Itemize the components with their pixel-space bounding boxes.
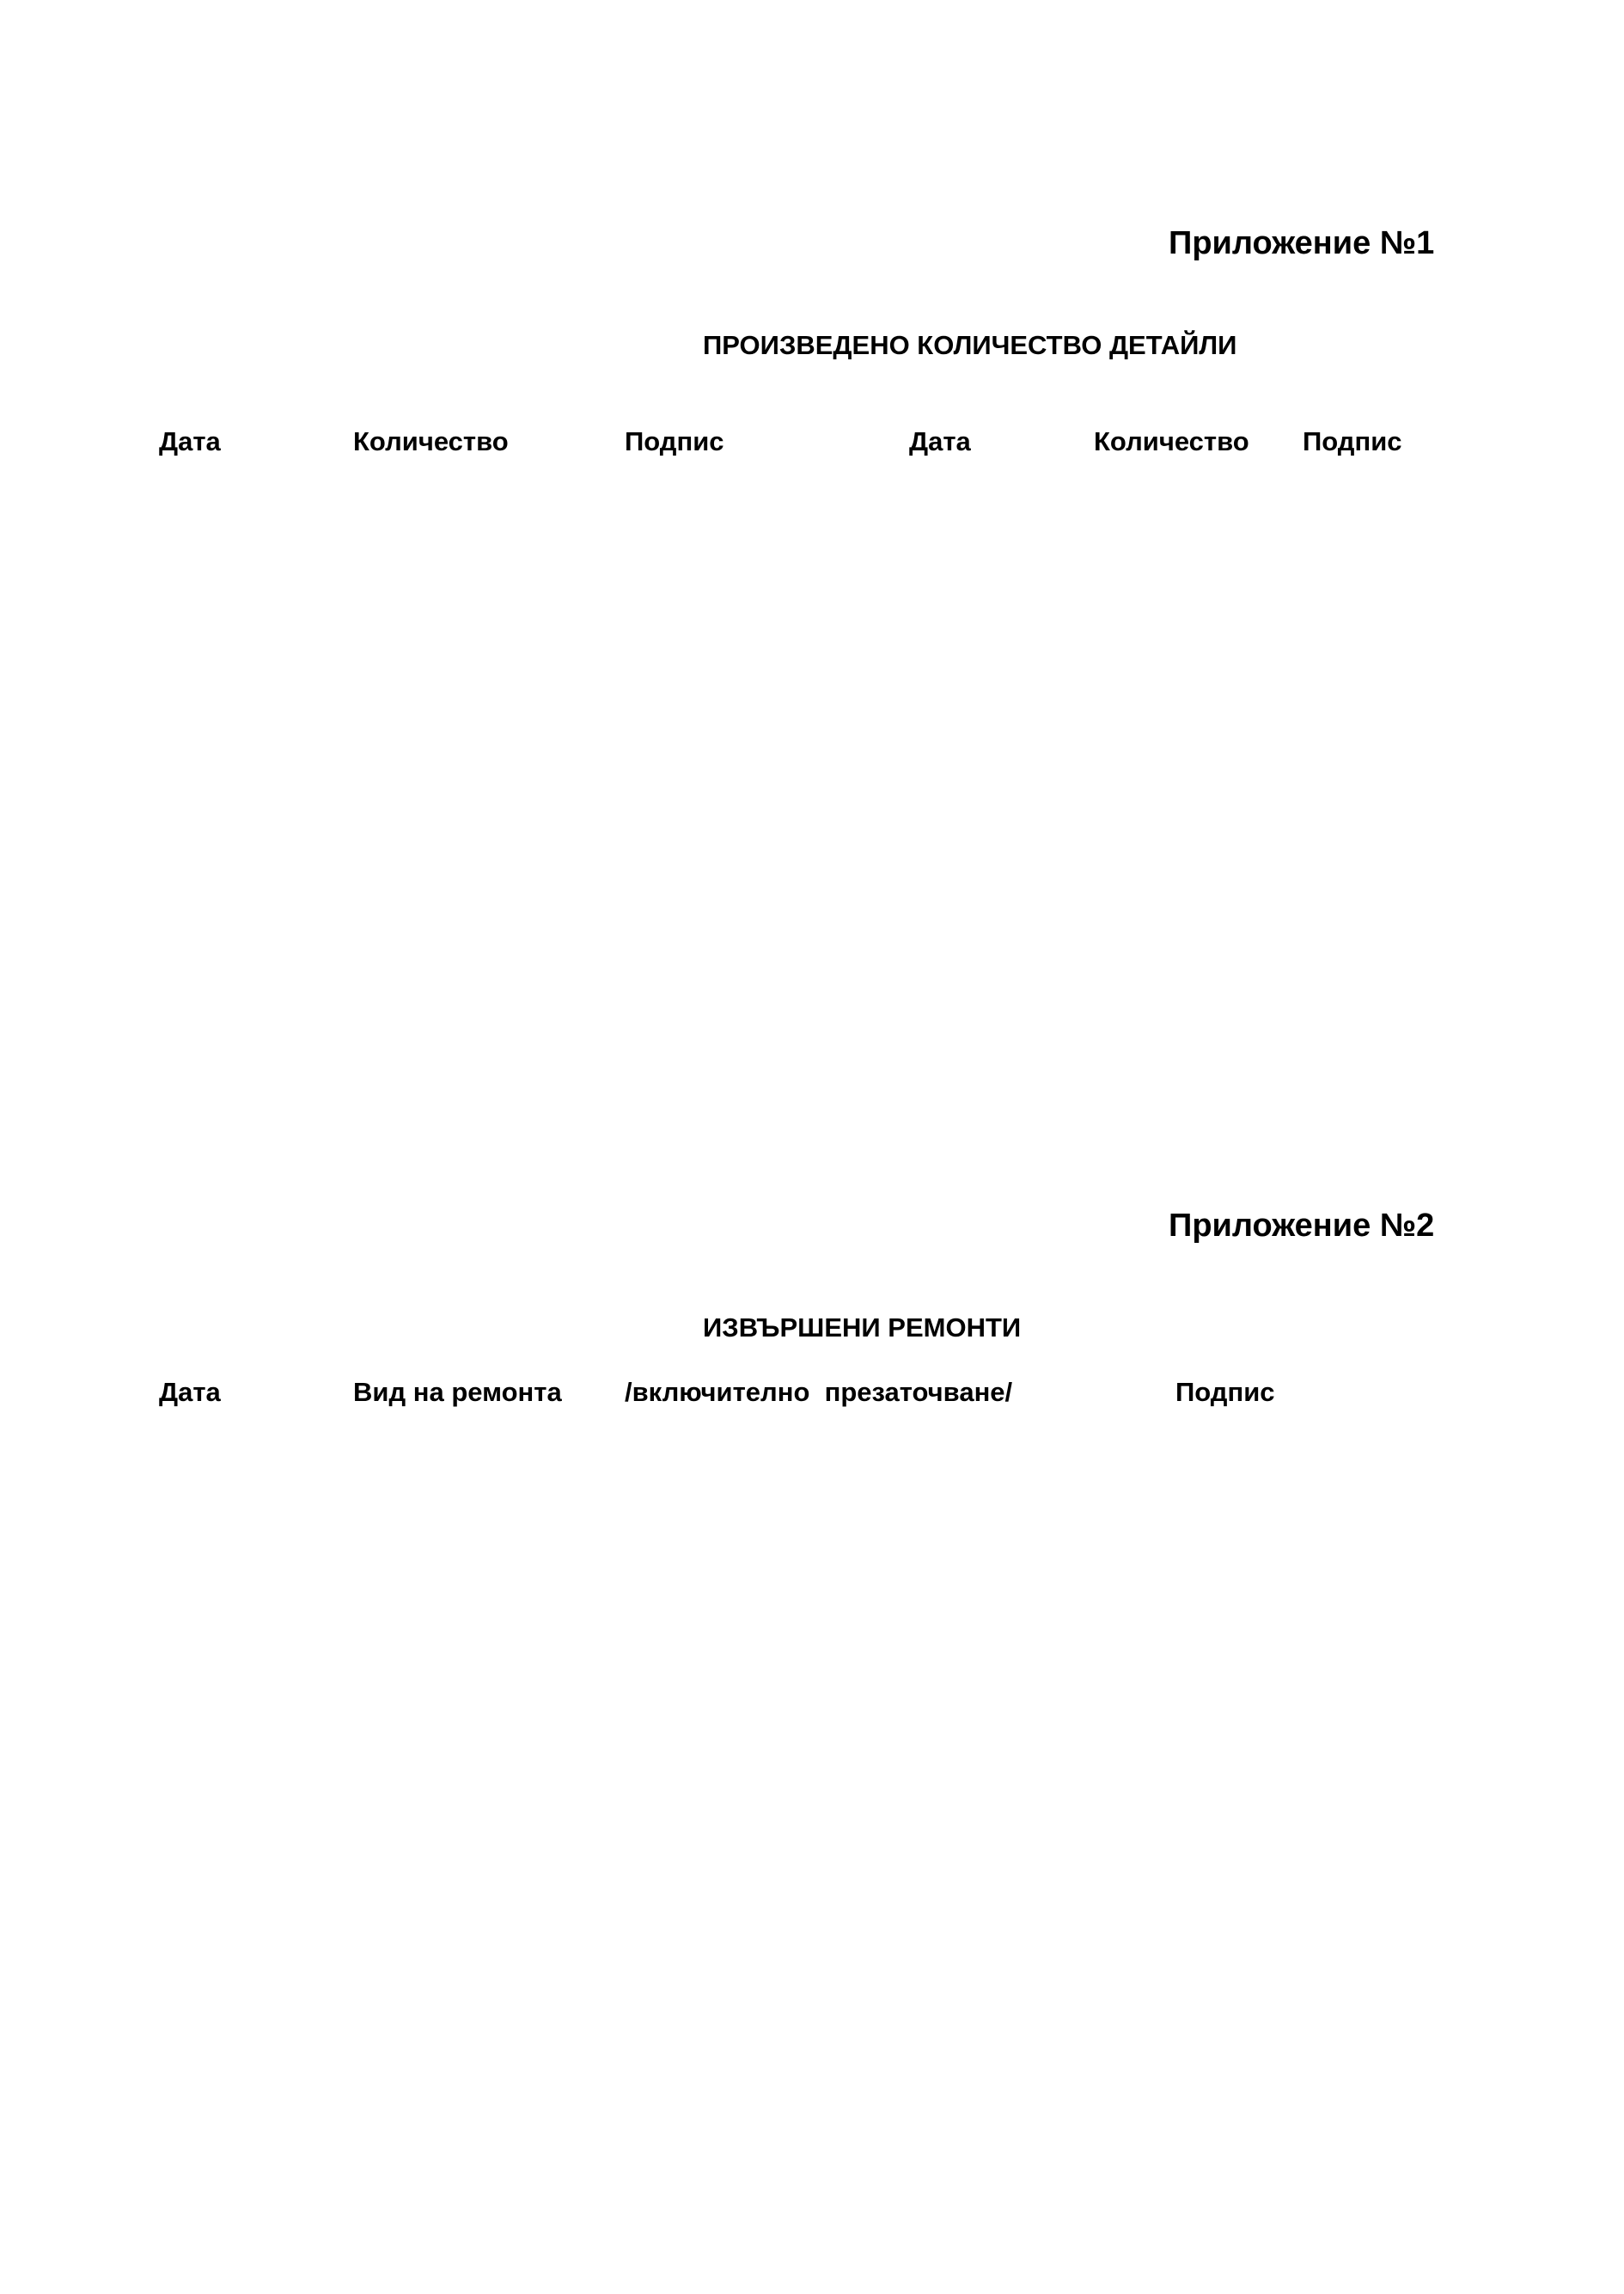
appendix-1-title: ПРОИЗВЕДЕНО КОЛИЧЕСТВО ДЕТАЙЛИ bbox=[703, 330, 1236, 361]
column-header-quantity-2: Количество bbox=[1094, 426, 1249, 457]
appendix-2-title: ИЗВЪРШЕНИ РЕМОНТИ bbox=[703, 1312, 1021, 1343]
appendix-2-label: Приложение №2 bbox=[1169, 1208, 1434, 1245]
column-header-date-2: Дата bbox=[909, 426, 971, 457]
column-header-signature-2: Подпис bbox=[1303, 426, 1402, 457]
appendix-1-label: Приложение №1 bbox=[1169, 225, 1434, 262]
column-header-date: Дата bbox=[159, 1377, 221, 1408]
column-header-repair-note: /включително презаточване/ bbox=[625, 1377, 1012, 1408]
column-header-quantity-1: Количество bbox=[353, 426, 509, 457]
column-header-repair-type: Вид на ремонта bbox=[353, 1377, 562, 1408]
column-header-signature: Подпис bbox=[1175, 1377, 1275, 1408]
column-header-date-1: Дата bbox=[159, 426, 221, 457]
column-header-signature-1: Подпис bbox=[625, 426, 724, 457]
